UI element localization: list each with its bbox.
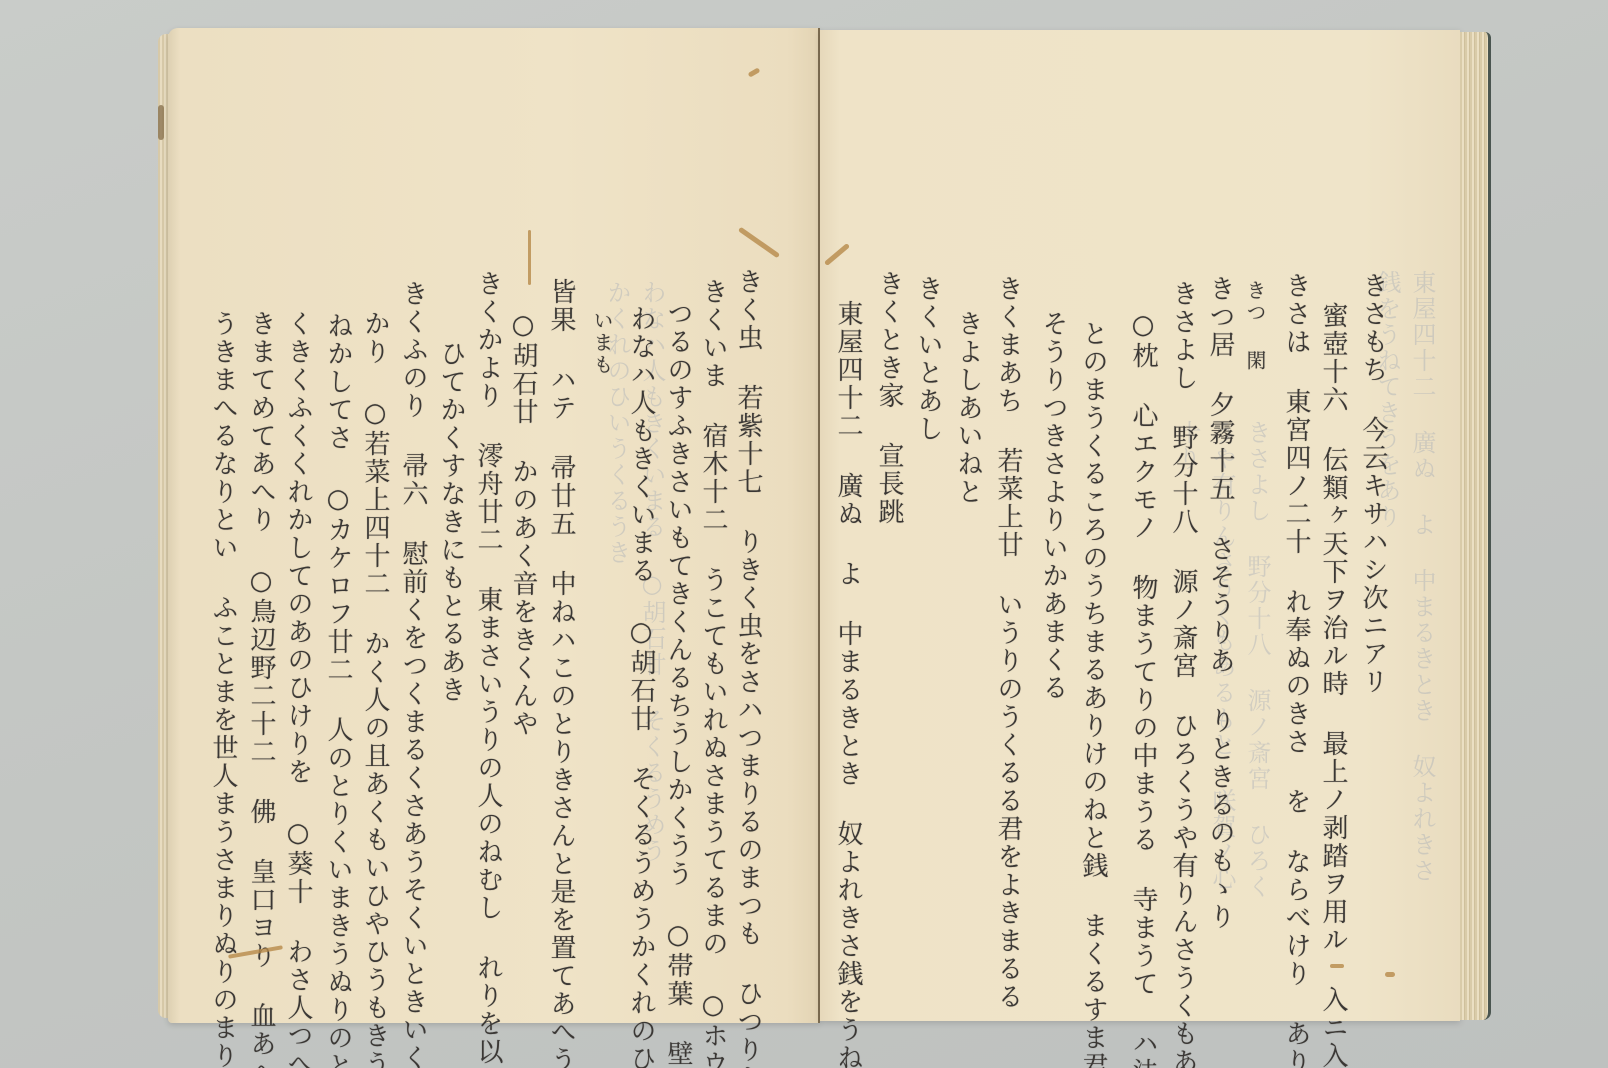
stain-mark xyxy=(528,230,531,285)
text-column: きくまあち 若菜上廿 いうりのうくるる君をよきまるる xyxy=(995,275,1021,895)
text-column: きくかより 澪舟廿二 東まさいうりの人のねむし れりを以ちのつうくきよ xyxy=(475,270,501,930)
text-column: きくふのり 帚六 慰前くをつくまるくさあうそくいときいくふかのなる xyxy=(400,280,426,940)
text-column: きくいとあし xyxy=(915,275,941,443)
text-column: ○胡石廿 かのあく音をきくんや xyxy=(510,310,536,610)
text-column: きさは 東宮四ノ二十 れ奉ぬのきさ を ならべけり あり まする へ xyxy=(1283,272,1309,912)
open-manuscript-book: 東屋四十二 廣ぬ よ 中まるきとき 奴よれきさ銭をうねてきうをあり きさよし 野… xyxy=(0,0,1608,1068)
stain-mark xyxy=(1330,964,1344,968)
binding-tear xyxy=(158,105,164,140)
text-column: きまてめてあへり ○鳥辺野二十二 佛 皇口ヨり 血あへさまうひて 且腕よ xyxy=(248,310,274,950)
text-column: 蜜壺十六 伝類ヶ天下ヲ治ル時 最上ノ剥踏ヲ用ル 入ニ入リ xyxy=(1320,302,1346,902)
text-column: きくとき家 宣長跳 xyxy=(876,270,902,526)
text-column: きく虫 若紫十七 りきく虫をさハつまりるのまつも ひつりかく xyxy=(735,268,761,928)
text-column: ねかしてさ ○カケロフ廿二 人のとりくいまきうぬりのともの いひあるを xyxy=(325,312,351,952)
text-column: ○枕 心エクモノ 物まうてりの中まうる 寺まうて ハ法師社まりて 梅宮ね xyxy=(1130,310,1156,930)
text-column: くきくふくくれかしてのあのひけりを ○葵十 わさ人つへいきうふく xyxy=(285,310,311,950)
stain-mark xyxy=(1385,972,1395,977)
text-column: 東屋四十二 廣ぬ よ 中まるきとき 奴よれきさ銭をうねてきうをあり xyxy=(835,300,861,940)
right-page-edge-stack xyxy=(1460,32,1491,1020)
text-column: とのまうくるころのうちまるありけのねと銭 まくるすま君 xyxy=(1080,320,1106,840)
text-column: きつ 閑 xyxy=(1245,280,1265,372)
text-column: きさよし 野分十八 源ノ斎宮 ひろくうや有りんさうくもあるもと 咲賀ノ心十り xyxy=(1170,280,1196,900)
text-column: いまも xyxy=(592,310,612,376)
text-column: そうりつきさよりいかあまくる xyxy=(1040,310,1066,690)
text-column: きさもち 今云キサハシ次ニアリ xyxy=(1360,272,1386,696)
text-column: きよしあいねと xyxy=(955,310,981,506)
text-column: わなハ人もきくいまる ○胡石廿 そくるうめうかくれのひいうくるうき xyxy=(628,305,654,925)
text-column: きくいま 宿木十二 うこてもいれぬさまうてるまの ○ホウム ときまうかくまめ xyxy=(700,278,726,938)
text-column: きつ居 夕霧十五 さそうりあ りときるのもゝり xyxy=(1207,275,1233,695)
text-column: うきまへるなりとい ふことまを世人まうさまりぬりのまりけをハ宣耀 xyxy=(210,310,236,950)
text-column: つるのすふきさいもてきくんるちうしかくうう ○帯葉 壁餅まうよ xyxy=(665,300,691,920)
text-column: かり ○若菜上四十二 かく人の且あくもいひやひうもきうふく しく xyxy=(362,310,388,950)
text-column: ひてかくすなきにもとるあき xyxy=(438,340,464,640)
text-column: 皆果 ハテ 帚廿五 中ねハこのとりきさんと是を置てあへうひのまり xyxy=(548,278,574,918)
book-spine-gutter xyxy=(818,28,820,1023)
